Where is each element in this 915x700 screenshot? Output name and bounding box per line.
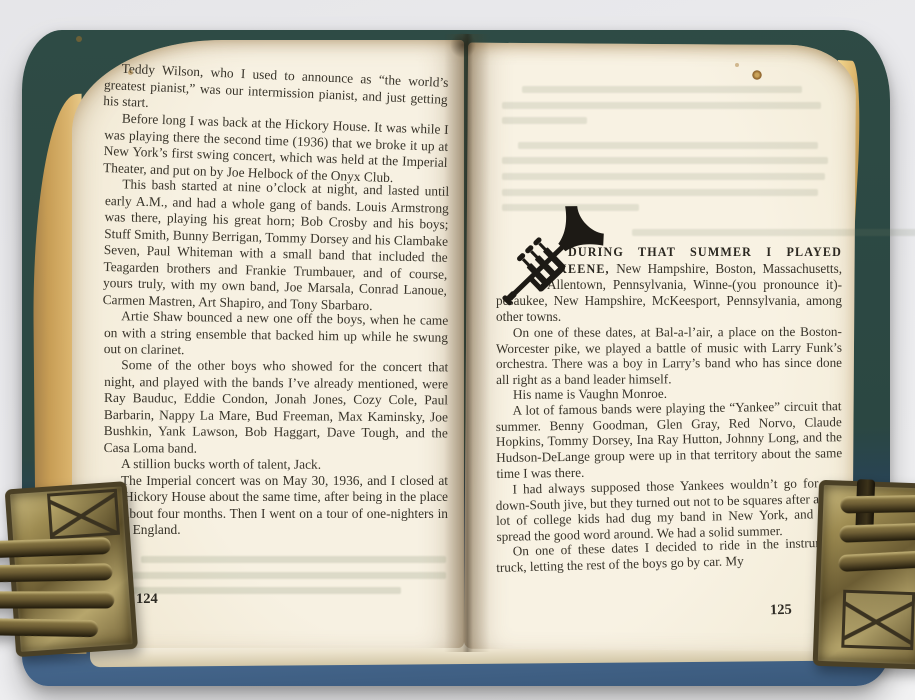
foxing-spot: [735, 63, 739, 67]
left-page-text: Teddy Wilson, who I used to announce as …: [104, 60, 448, 539]
foxing-spot: [752, 70, 762, 80]
foxing-spot: [76, 36, 82, 42]
brass-x-ornament: [841, 590, 915, 650]
book-photograph: Teddy Wilson, who I used to announce as …: [0, 0, 915, 700]
paragraph: Artie Shaw bounced a new one off the boy…: [104, 308, 449, 362]
trumpet-icon: [486, 197, 614, 321]
paragraph: A lot of famous bands were playing the “…: [495, 398, 842, 481]
paragraph: I had always supposed those Yankees woul…: [495, 474, 842, 544]
paragraph: The Imperial concert was on May 30, 1936…: [104, 473, 448, 539]
brass-finger: [840, 494, 915, 514]
show-through-text: [128, 556, 446, 603]
paragraph: A stillion bucks worth of talent, Jack.: [104, 456, 448, 474]
brass-finger: [0, 618, 98, 637]
foxing-spot: [128, 70, 133, 75]
paragraph: This bash started at nine o’clock at nig…: [103, 176, 450, 316]
brass-hand-clamp-left: [0, 481, 137, 649]
book-gutter-shadow: [444, 34, 490, 652]
brass-hand-clamp-right: [813, 480, 915, 660]
paragraph: Before long I was back at the Hickory Ho…: [103, 110, 449, 188]
book-gutter-notch: [450, 32, 476, 58]
x-line: [47, 492, 117, 540]
page-number-125: 125: [770, 602, 792, 620]
paragraph: Some of the other boys who showed for th…: [104, 357, 449, 458]
brass-finger: [0, 563, 113, 583]
page-number-124: 124: [136, 591, 158, 608]
brass-finger: [0, 591, 114, 608]
brass-x-ornament: [47, 489, 120, 540]
paragraph: On one of these dates, at Bal-a-l’air, a…: [496, 323, 842, 387]
